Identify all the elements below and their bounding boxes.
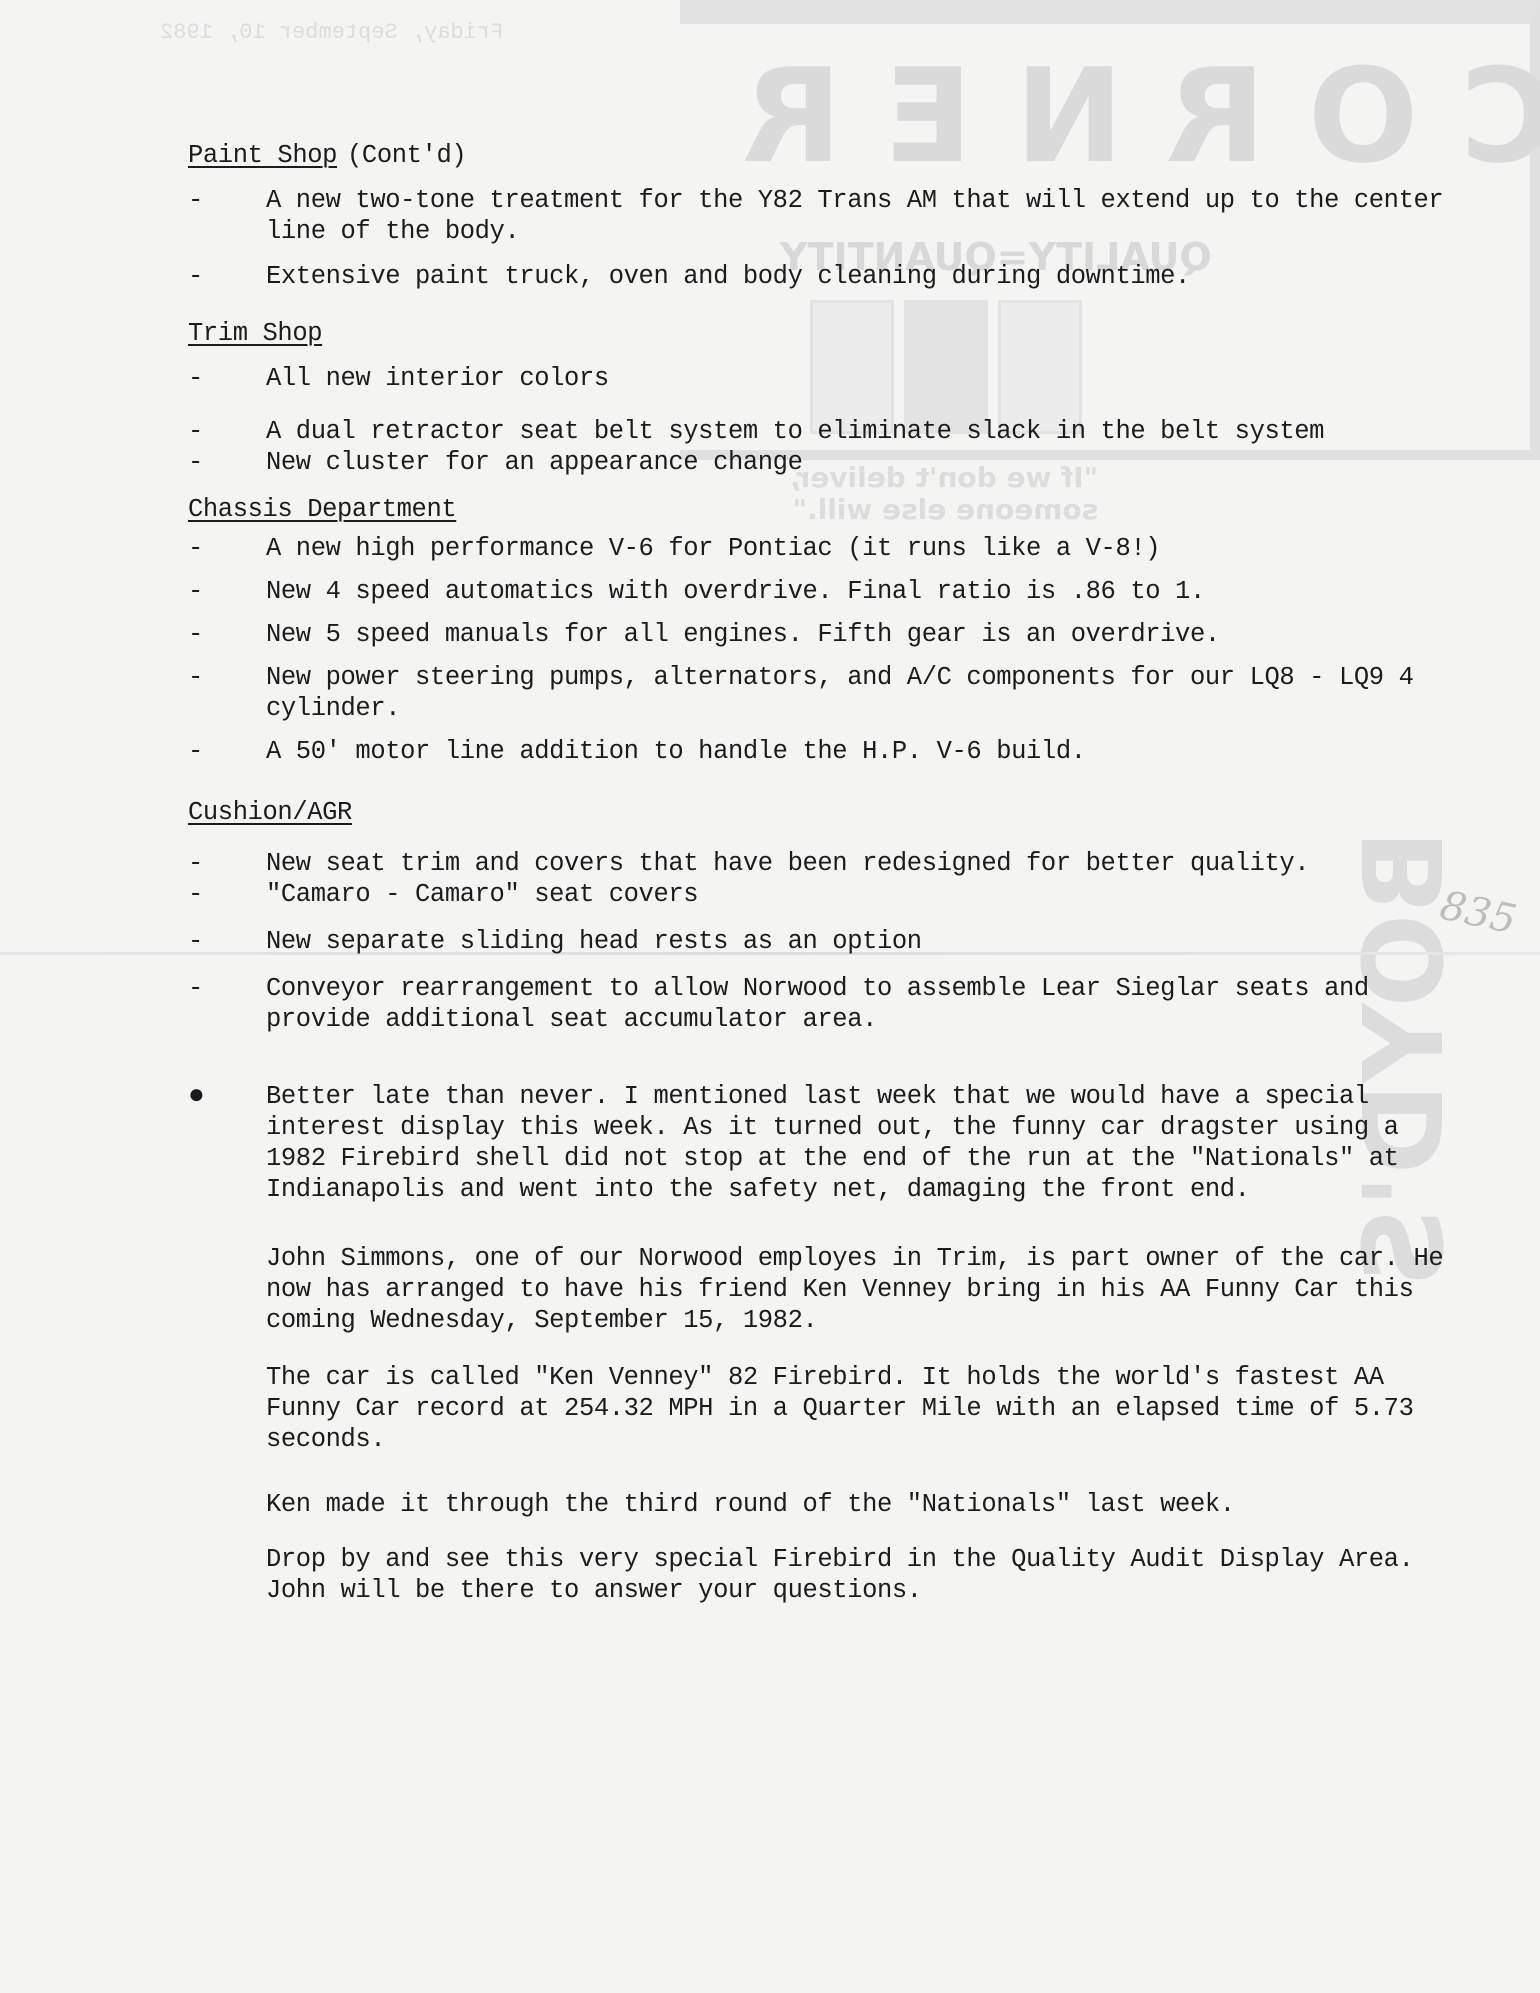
dash-marker: - — [188, 185, 266, 247]
bullet-note: ● Better late than never. I mentioned la… — [188, 1081, 1448, 1205]
dash-marker: - — [188, 416, 266, 447]
dash-marker: - — [188, 261, 266, 292]
dash-marker: - — [188, 926, 266, 957]
bullet-note-lead: Better late than never. I mentioned last… — [266, 1081, 1448, 1205]
list-item: - New cluster for an appearance change — [188, 447, 1448, 478]
document-body: Paint Shop(Cont'd) - A new two-tone trea… — [188, 140, 1448, 1606]
list-item-text: New seat trim and covers that have been … — [266, 848, 1448, 879]
section-title: Cushion/AGR — [188, 797, 352, 828]
list-item: - New separate sliding head rests as an … — [188, 926, 1448, 957]
list-item-text: A new two-tone treatment for the Y82 Tra… — [266, 185, 1448, 247]
dash-marker: - — [188, 619, 266, 650]
list-item-text: New power steering pumps, alternators, a… — [266, 662, 1448, 724]
dash-marker: - — [188, 447, 266, 478]
list-item-text: New 4 speed automatics with overdrive. F… — [266, 576, 1448, 607]
bullet-icon: ● — [188, 1081, 266, 1205]
list-item-text: A 50' motor line addition to handle the … — [266, 736, 1448, 767]
section-title: Trim Shop — [188, 318, 322, 349]
list-item: - A new high performance V-6 for Pontiac… — [188, 533, 1448, 564]
list-item-text: A new high performance V-6 for Pontiac (… — [266, 533, 1448, 564]
section-cushion-agr: Cushion/AGR - New seat trim and covers t… — [188, 797, 1448, 1035]
section-title: Paint Shop — [188, 140, 337, 171]
bleed-through-date: Friday, September 10, 1982 — [160, 20, 503, 45]
list-item-text: Conveyor rearrangement to allow Norwood … — [266, 973, 1448, 1035]
section-paint-shop: Paint Shop(Cont'd) - A new two-tone trea… — [188, 140, 1448, 292]
list-item: - New power steering pumps, alternators,… — [188, 662, 1448, 724]
dash-marker: - — [188, 848, 266, 879]
note-paragraph: John Simmons, one of our Norwood employe… — [266, 1243, 1448, 1336]
section-title-suffix: (Cont'd) — [347, 141, 466, 170]
list-item-text: All new interior colors — [266, 363, 1448, 394]
section-chassis-department: Chassis Department - A new high performa… — [188, 494, 1448, 767]
list-item: - New 5 speed manuals for all engines. F… — [188, 619, 1448, 650]
list-item-text: New cluster for an appearance change — [266, 447, 1448, 478]
list-item: - A 50' motor line addition to handle th… — [188, 736, 1448, 767]
list-item: - "Camaro - Camaro" seat covers — [188, 879, 1448, 910]
list-item-text: New 5 speed manuals for all engines. Fif… — [266, 619, 1448, 650]
dash-marker: - — [188, 973, 266, 1035]
list-item: - Conveyor rearrangement to allow Norwoo… — [188, 973, 1448, 1035]
list-item-text: A dual retractor seat belt system to eli… — [266, 416, 1448, 447]
dash-marker: - — [188, 879, 266, 910]
dash-marker: - — [188, 576, 266, 607]
dash-marker: - — [188, 662, 266, 724]
note-paragraph: The car is called "Ken Venney" 82 Firebi… — [266, 1362, 1448, 1455]
list-item: - New seat trim and covers that have bee… — [188, 848, 1448, 879]
list-item-text: "Camaro - Camaro" seat covers — [266, 879, 1448, 910]
list-item: - A dual retractor seat belt system to e… — [188, 416, 1448, 447]
note-paragraph: Drop by and see this very special Firebi… — [266, 1544, 1448, 1606]
dash-marker: - — [188, 533, 266, 564]
dash-marker: - — [188, 363, 266, 394]
list-item: - A new two-tone treatment for the Y82 T… — [188, 185, 1448, 247]
list-item-text: New separate sliding head rests as an op… — [266, 926, 1448, 957]
dash-marker: - — [188, 736, 266, 767]
section-trim-shop: Trim Shop - All new interior colors - A … — [188, 318, 1448, 478]
section-title: Chassis Department — [188, 494, 456, 525]
list-item: - Extensive paint truck, oven and body c… — [188, 261, 1448, 292]
list-item: - All new interior colors — [188, 363, 1448, 394]
note-paragraph: Ken made it through the third round of t… — [266, 1489, 1448, 1520]
list-item-text: Extensive paint truck, oven and body cle… — [266, 261, 1448, 292]
list-item: - New 4 speed automatics with overdrive.… — [188, 576, 1448, 607]
